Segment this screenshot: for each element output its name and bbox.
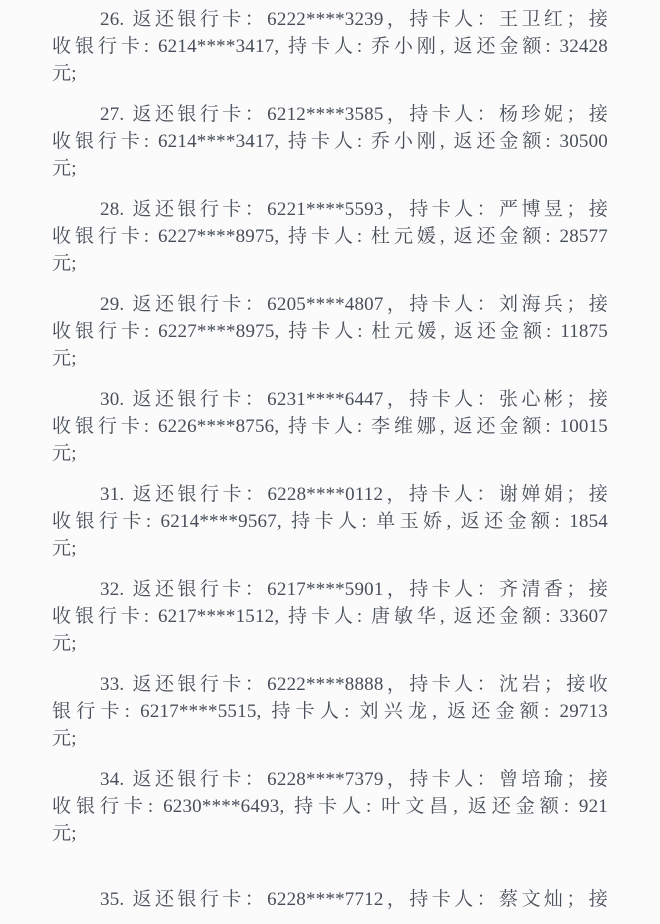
card-return-entry: 31. 返还银行卡：6228****0112，持卡人：谢婵娟；接 收银行卡: 6… — [52, 481, 608, 562]
card-return-entry: 32. 返还银行卡：6217****5901，持卡人：齐清香；接 收银行卡: 6… — [52, 576, 608, 657]
entry-line-middle: 收银行卡: 6214****3417, 持卡人: 乔小刚, 返还金额: 3050… — [52, 128, 608, 155]
entry-line-last: 元; — [52, 440, 608, 467]
entry-line-first: 26. 返还银行卡：6222****3239，持卡人：王卫红；接 — [52, 6, 608, 33]
entry-line-first: 30. 返还银行卡：6231****6447，持卡人：张心彬；接 — [52, 386, 608, 413]
card-return-list: 26. 返还银行卡：6222****3239，持卡人：王卫红；接 收银行卡: 6… — [52, 6, 608, 913]
card-return-entry: 26. 返还银行卡：6222****3239，持卡人：王卫红；接 收银行卡: 6… — [52, 6, 608, 87]
document-page: { "page": { "ink_color": "#484f5a", "pap… — [0, 0, 660, 924]
card-return-entry: 35. 返还银行卡：6228****7712，持卡人：蔡文灿；接 — [52, 886, 608, 913]
entry-line-last: 元; — [52, 725, 608, 752]
entry-line-first: 32. 返还银行卡：6217****5901，持卡人：齐清香；接 — [52, 576, 608, 603]
entry-line-middle: 收银行卡: 6227****8975, 持卡人: 杜元媛, 返还金额: 1187… — [52, 318, 608, 345]
entry-line-middle: 收银行卡: 6214****3417, 持卡人: 乔小刚, 返还金额: 3242… — [52, 33, 608, 60]
entry-line-last: 元; — [52, 155, 608, 182]
entry-line-last: 元; — [52, 820, 608, 847]
entry-line-middle: 收银行卡: 6227****8975, 持卡人: 杜元媛, 返还金额: 2857… — [52, 223, 608, 250]
entry-line-first: 29. 返还银行卡：6205****4807，持卡人：刘海兵；接 — [52, 291, 608, 318]
card-return-entry: 30. 返还银行卡：6231****6447，持卡人：张心彬；接 收银行卡: 6… — [52, 386, 608, 467]
card-return-entry: 34. 返还银行卡：6228****7379，持卡人：曾培瑜；接 收银行卡: 6… — [52, 766, 608, 847]
card-return-entry: 27. 返还银行卡：6212****3585，持卡人：杨珍妮；接 收银行卡: 6… — [52, 101, 608, 182]
entry-line-middle: 收银行卡: 6226****8756, 持卡人: 李维娜, 返还金额: 1001… — [52, 413, 608, 440]
entry-line-first: 33. 返还银行卡：6222****8888，持卡人：沈岩；接收 — [52, 671, 608, 698]
entry-line-first: 28. 返还银行卡：6221****5593，持卡人：严博昱；接 — [52, 196, 608, 223]
entry-line-middle: 收银行卡: 6214****9567, 持卡人: 单玉娇, 返还金额: 1854 — [52, 508, 608, 535]
judgment-text-page: 26. 返还银行卡：6222****3239，持卡人：王卫红；接 收银行卡: 6… — [0, 0, 660, 924]
entry-line-first: 34. 返还银行卡：6228****7379，持卡人：曾培瑜；接 — [52, 766, 608, 793]
entry-line-middle: 收银行卡: 6230****6493, 持卡人: 叶文昌, 返还金额: 921 — [52, 793, 608, 820]
card-return-entry: 29. 返还银行卡：6205****4807，持卡人：刘海兵；接 收银行卡: 6… — [52, 291, 608, 372]
card-return-entry: 33. 返还银行卡：6222****8888，持卡人：沈岩；接收 银行卡: 62… — [52, 671, 608, 752]
entry-line-first: 31. 返还银行卡：6228****0112，持卡人：谢婵娟；接 — [52, 481, 608, 508]
entry-line-middle: 收银行卡: 6217****1512, 持卡人: 唐敏华, 返还金额: 3360… — [52, 603, 608, 630]
entry-line-last: 元; — [52, 250, 608, 277]
entry-line-middle: 银行卡: 6217****5515, 持卡人: 刘兴龙, 返还金额: 29713 — [52, 698, 608, 725]
card-return-entry: 28. 返还银行卡：6221****5593，持卡人：严博昱；接 收银行卡: 6… — [52, 196, 608, 277]
entry-line-last: 元; — [52, 60, 608, 87]
entry-line-last: 元; — [52, 345, 608, 372]
entry-line-first: 27. 返还银行卡：6212****3585，持卡人：杨珍妮；接 — [52, 101, 608, 128]
entry-line-first: 35. 返还银行卡：6228****7712，持卡人：蔡文灿；接 — [52, 886, 608, 913]
entry-line-last: 元; — [52, 630, 608, 657]
entry-line-last: 元; — [52, 535, 608, 562]
